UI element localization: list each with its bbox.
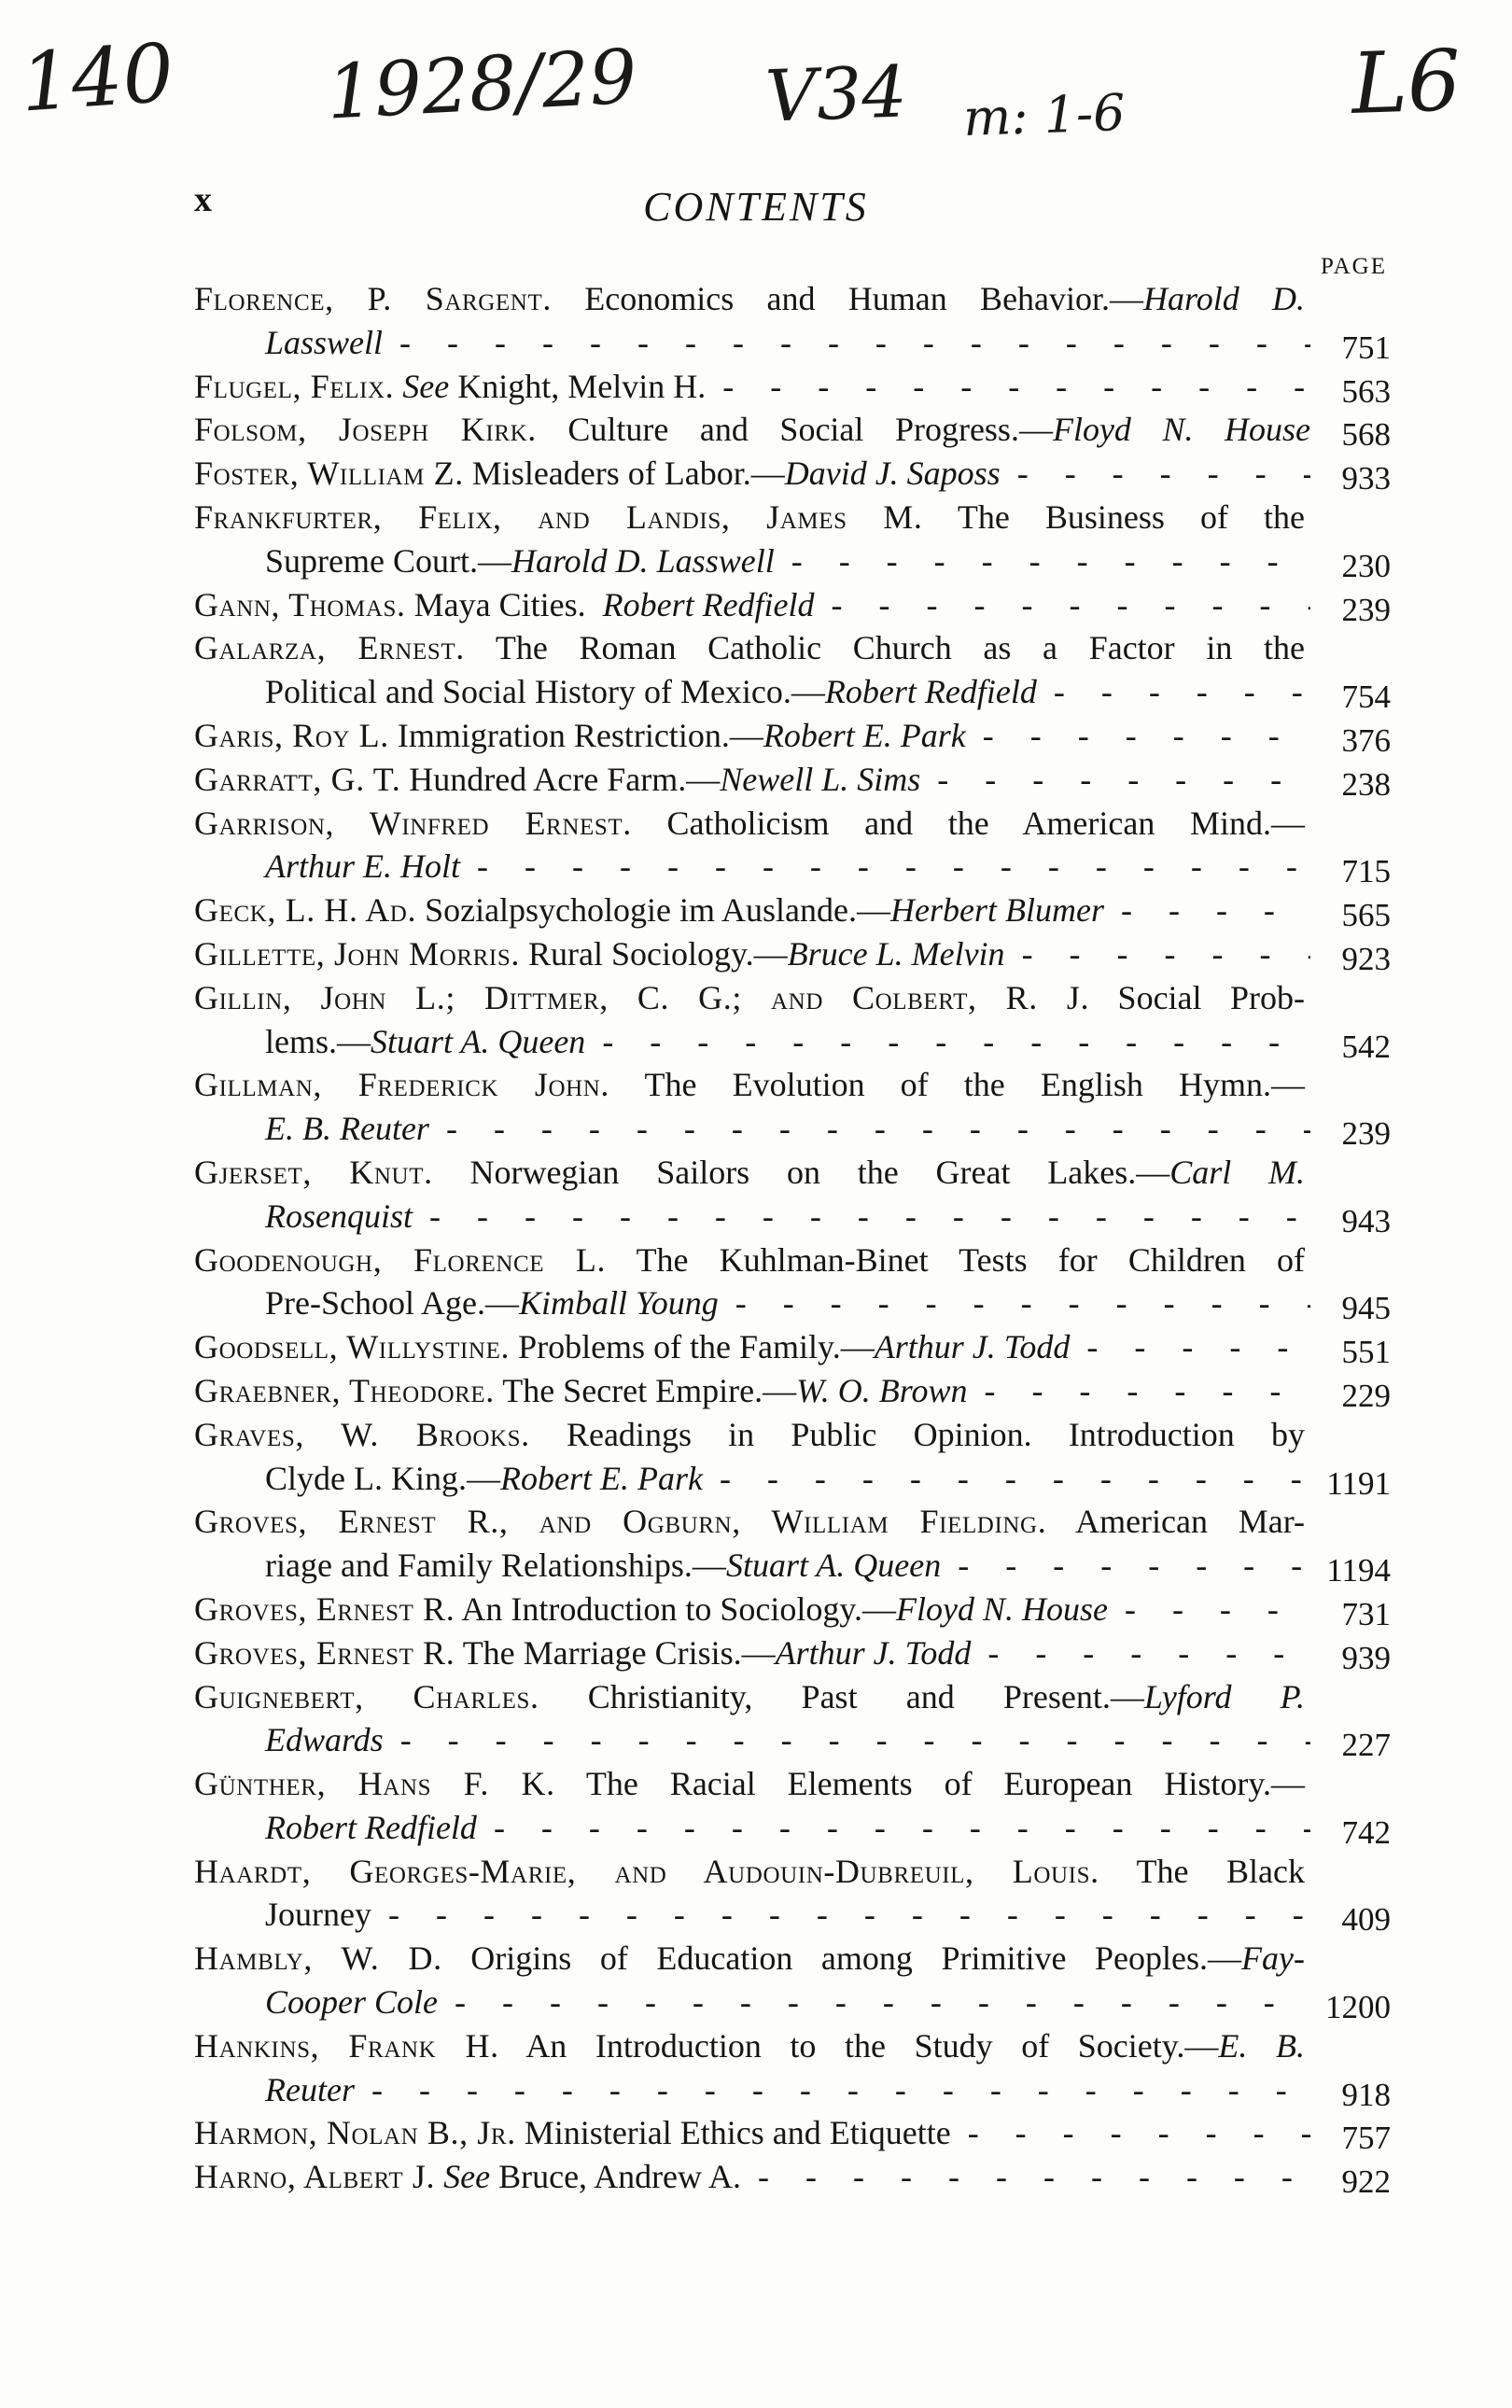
entry-line: lems.—Stuart A. Queen- - - - - - - - - -… — [194, 1020, 1391, 1064]
entry-text: Hankins, Frank H. An Introduction to the… — [194, 2027, 1305, 2065]
author-name: Folsom, Joseph Kirk. — [194, 411, 537, 448]
dash-leader: - - - - - - - - - - - - - - - - - - - - … — [477, 1806, 1310, 1850]
entry-line: Groves, Ernest R. The Marriage Crisis.—A… — [194, 1631, 1391, 1675]
entry-text: Groves, Ernest R. An Introduction to Soc… — [194, 1588, 1108, 1631]
page-number: 731 — [1310, 1593, 1391, 1631]
entry-line: Goodsell, Willystine. Problems of the Fa… — [194, 1325, 1391, 1369]
title-text: The Kuhlman-Binet Tests for Children of — [606, 1241, 1305, 1279]
title-text: Norwegian Sailors on the Great Lakes.— — [433, 1154, 1170, 1191]
italic-text: Kimball Young — [519, 1284, 719, 1322]
title-text: An Introduction to the Study of Society.… — [499, 2027, 1219, 2065]
author-name: Gjerset, Knut. — [194, 1154, 433, 1191]
italic-text: Floyd N. House — [896, 1590, 1108, 1628]
dash-leader: - - - - - - - - - - - - - - - - - - - - … — [438, 1981, 1310, 2024]
dash-leader: - - - - - - - - - - - - - - - - - - - - … — [1005, 932, 1310, 976]
italic-text: Bruce L. Melvin — [788, 935, 1005, 973]
dash-leader: - - - - - - - - - - - - - - - - - - - - … — [703, 1457, 1310, 1501]
title-text: Bruce, Andrew A. — [490, 2158, 741, 2195]
title-text: The Secret Empire.— — [495, 1372, 796, 1409]
entry-line: Cooper Cole- - - - - - - - - - - - - - -… — [194, 1981, 1391, 2024]
dash-leader: - - - - - - - - - - - - - - - - - - - - … — [941, 1544, 1310, 1588]
author-name: Groves, Ernest R. — [194, 1634, 455, 1672]
author-name: Haardt, Georges-Marie, and Audouin-Dubre… — [194, 1853, 1099, 1890]
page-number: 230 — [1310, 545, 1391, 583]
entry-text: Groves, Ernest R. The Marriage Crisis.—A… — [194, 1631, 971, 1675]
page-number: 229 — [1310, 1375, 1391, 1413]
title-text: Hundred Acre Farm.— — [400, 761, 720, 798]
title-text: Origins of Education among Primitive Peo… — [442, 1939, 1241, 1977]
dash-leader: - - - - - - - - - - - - - - - - - - - - … — [585, 1020, 1310, 1064]
entry-text: Lasswell — [265, 321, 383, 365]
entry-line: Hambly, W. D. Origins of Education among… — [194, 1937, 1391, 1981]
author-name: Guignebert, Charles. — [194, 1678, 539, 1715]
page-number: 751 — [1310, 327, 1391, 365]
entry-text: Harno, Albert J. See Bruce, Andrew A. — [194, 2155, 741, 2199]
page-number: 918 — [1310, 2074, 1391, 2112]
author-name: Florence, P. Sargent. — [194, 280, 552, 317]
author-name: Gann, Thomas. — [194, 586, 406, 623]
title-text: Supreme Court.— — [265, 542, 511, 580]
entry-line: Pre-School Age.—Kimball Young- - - - - -… — [194, 1281, 1391, 1325]
italic-text: Carl M. — [1169, 1154, 1305, 1191]
entry-text: Harmon, Nolan B., Jr. Ministerial Ethics… — [194, 2111, 951, 2155]
page-number: 939 — [1310, 1637, 1391, 1675]
entry-line: Reuter- - - - - - - - - - - - - - - - - … — [194, 2068, 1391, 2112]
entry-text: Clyde L. King.—Robert E. Park — [265, 1457, 703, 1501]
author-name: Galarza, Ernest. — [194, 629, 465, 666]
entry-text: Rosenquist — [265, 1195, 413, 1239]
dash-leader: - - - - - - - - - - - - - - - - - - - - … — [1104, 889, 1310, 932]
dash-leader: - - - - - - - - - - - - - - - - - - - - … — [1108, 1588, 1310, 1631]
entry-text: Gann, Thomas. Maya Cities. Robert Redfie… — [194, 583, 815, 627]
author-name: Harno, Albert J. — [194, 2158, 435, 2195]
italic-text: Lyford P. — [1144, 1678, 1305, 1715]
italic-text: Harold D. — [1143, 280, 1305, 317]
entry-text: Frankfurter, Felix, and Landis, James M.… — [194, 498, 1305, 536]
entry-line: Goodenough, Florence L. The Kuhlman-Bine… — [194, 1239, 1391, 1282]
entry-text: Guignebert, Charles. Christianity, Past … — [194, 1678, 1305, 1715]
author-name: Groves, Ernest R. — [194, 1590, 455, 1628]
italic-text: Robert Redfield — [265, 1809, 477, 1846]
entry-line: Guignebert, Charles. Christianity, Past … — [194, 1675, 1391, 1719]
page-number: 754 — [1310, 676, 1391, 714]
page-number: 922 — [1310, 2161, 1391, 2199]
title-text — [394, 368, 402, 405]
entry-text: Gillman, Frederick John. The Evolution o… — [194, 1066, 1305, 1103]
dash-leader: - - - - - - - - - - - - - - - - - - - - … — [413, 1195, 1310, 1239]
title-text: Readings in Public Opinion. Introduction… — [530, 1416, 1305, 1453]
italic-text: E. B. — [1218, 2027, 1305, 2065]
entry-line: Lasswell- - - - - - - - - - - - - - - - … — [194, 321, 1391, 365]
page-number: 227 — [1310, 1724, 1391, 1762]
dash-leader: - - - - - - - - - - - - - - - - - - - - … — [371, 1893, 1310, 1937]
author-name: Geck, L. H. Ad. — [194, 891, 416, 929]
page-number: 742 — [1310, 1812, 1391, 1850]
entry-text: Goodsell, Willystine. Problems of the Fa… — [194, 1325, 1070, 1369]
title-text: riage and Family Relationships.— — [265, 1547, 726, 1584]
author-name: Groves, Ernest R., and Ogburn, William F… — [194, 1503, 1046, 1540]
italic-text: Robert E. Park — [500, 1460, 703, 1497]
title-text: Ministerial Ethics and Etiquette — [516, 2114, 951, 2151]
entry-line: Graves, W. Brooks. Readings in Public Op… — [194, 1413, 1391, 1457]
author-name: Hankins, Frank H. — [194, 2027, 499, 2065]
title-text: The Marriage Crisis.— — [455, 1634, 775, 1672]
entry-line: Groves, Ernest R. An Introduction to Soc… — [194, 1588, 1391, 1631]
italic-text: E. B. Reuter — [265, 1110, 429, 1147]
entry-line: Graebner, Theodore. The Secret Empire.—W… — [194, 1369, 1391, 1413]
entry-text: Geck, L. H. Ad. Sozialpsychologie im Aus… — [194, 889, 1104, 932]
italic-text: Stuart A. Queen — [371, 1023, 585, 1060]
entry-line: Harno, Albert J. See Bruce, Andrew A.- -… — [194, 2155, 1391, 2199]
italic-text: Reuter — [265, 2071, 355, 2108]
italic-text: W. O. Brown — [796, 1372, 967, 1409]
title-text: Sozialpsychologie im Auslande.— — [416, 891, 890, 929]
title-text: lems.— — [265, 1023, 371, 1060]
dash-leader: - - - - - - - - - - - - - - - - - - - - … — [719, 1281, 1310, 1325]
dash-leader: - - - - - - - - - - - - - - - - - - - - … — [355, 2068, 1310, 2112]
italic-text: Cooper Cole — [265, 1983, 438, 2021]
entry-text: Edwards — [265, 1718, 384, 1762]
entry-line: Edwards- - - - - - - - - - - - - - - - -… — [194, 1718, 1391, 1762]
entry-text: Arthur E. Holt — [265, 845, 460, 889]
author-name: Gillman, Frederick John. — [194, 1066, 609, 1103]
italic-text: Robert E. Park — [763, 717, 966, 754]
entry-line: Foster, William Z. Misleaders of Labor.—… — [194, 452, 1391, 496]
page-number: 757 — [1310, 2117, 1391, 2155]
entry-text: Goodenough, Florence L. The Kuhlman-Bine… — [194, 1241, 1305, 1279]
entry-text: Foster, William Z. Misleaders of Labor.—… — [194, 452, 1001, 496]
italic-text: Harold D. Lasswell — [511, 542, 775, 580]
entry-text: Galarza, Ernest. The Roman Catholic Chur… — [194, 629, 1305, 666]
entry-text: Gillette, John Morris. Rural Sociology.—… — [194, 932, 1005, 976]
italic-text: Herbert Blumer — [890, 891, 1104, 929]
entry-text: Reuter — [265, 2068, 355, 2112]
title-text: Social Prob- — [1089, 979, 1305, 1016]
page-number: 239 — [1310, 589, 1391, 627]
author-name: Harmon, Nolan B., Jr. — [194, 2114, 516, 2151]
author-name: Garrison, Winfred Ernest. — [194, 805, 632, 842]
author-name: Frankfurter, Felix, and Landis, James M. — [194, 498, 922, 536]
entry-line: Galarza, Ernest. The Roman Catholic Chur… — [194, 626, 1391, 670]
italic-text: David J. Saposs — [785, 455, 1001, 492]
entry-line: Gillman, Frederick John. The Evolution o… — [194, 1063, 1391, 1107]
author-name: Flugel, Felix. — [194, 368, 394, 405]
dash-leader: - - - - - - - - - - - - - - - - - - - - … — [1070, 1325, 1310, 1369]
author-name: Hambly, W. D. — [194, 1939, 442, 1977]
entry-text: Florence, P. Sargent. Economics and Huma… — [194, 280, 1305, 317]
dash-leader: - - - - - - - - - - - - - - - - - - - - … — [966, 714, 1310, 758]
entry-text: lems.—Stuart A. Queen — [265, 1020, 585, 1064]
handwritten-year: 1928/29 — [325, 33, 639, 135]
italic-text: Robert Redfield — [825, 673, 1037, 710]
title-text: Knight, Melvin H. — [449, 368, 706, 405]
title-text: An Introduction to Sociology.— — [455, 1590, 896, 1628]
entry-line: Rosenquist- - - - - - - - - - - - - - - … — [194, 1195, 1391, 1239]
author-name: Günther, Hans F. K. — [194, 1765, 555, 1802]
entry-line: Robert Redfield- - - - - - - - - - - - -… — [194, 1806, 1391, 1850]
title-text: Maya Cities. — [406, 586, 603, 623]
entry-line: Garratt, G. T. Hundred Acre Farm.—Newell… — [194, 758, 1391, 802]
handwritten-call-number: 140 — [18, 26, 177, 130]
entry-text: Pre-School Age.—Kimball Young — [265, 1281, 719, 1325]
italic-text: Arthur E. Holt — [265, 847, 460, 885]
dash-leader: - - - - - - - - - - - - - - - - - - - - … — [815, 583, 1310, 627]
entry-line: Florence, P. Sargent. Economics and Huma… — [194, 277, 1391, 321]
italic-text: Floyd N. House — [1053, 411, 1310, 448]
italic-text: See — [402, 368, 449, 405]
entry-text: Garis, Roy L. Immigration Restriction.—R… — [194, 714, 966, 758]
dash-leader: - - - - - - - - - - - - - - - - - - - - … — [951, 2111, 1310, 2155]
entry-line: Gillette, John Morris. Rural Sociology.—… — [194, 932, 1391, 976]
entry-text: Gillin, John L.; Dittmer, C. G.; and Col… — [194, 979, 1305, 1016]
page-number: 1194 — [1310, 1549, 1391, 1588]
title-text: Catholicism and the American Mind.— — [632, 805, 1305, 842]
entry-text: Garratt, G. T. Hundred Acre Farm.—Newell… — [194, 758, 920, 802]
page-number: 1191 — [1310, 1463, 1391, 1501]
entry-text: Journey — [265, 1893, 371, 1937]
title-text: Culture and Social Progress.— — [537, 411, 1053, 448]
italic-text: Robert Redfield — [603, 586, 815, 623]
italic-text: See — [443, 2158, 490, 2195]
author-name: Goodsell, Willystine. — [194, 1328, 510, 1365]
title-text: Immigration Restriction.— — [389, 717, 763, 754]
dash-leader: - - - - - - - - - - - - - - - - - - - - … — [741, 2155, 1310, 2199]
page-number: 551 — [1310, 1331, 1391, 1369]
scanned-page: 140 1928/29 V34 m: 1-6 L6 x CONTENTS PAG… — [0, 0, 1512, 2408]
entry-text: Gjerset, Knut. Norwegian Sailors on the … — [194, 1154, 1305, 1191]
entry-line: E. B. Reuter- - - - - - - - - - - - - - … — [194, 1107, 1391, 1151]
dash-leader: - - - - - - - - - - - - - - - - - - - - … — [383, 321, 1310, 365]
title-text: Christianity, Past and Present.— — [539, 1678, 1144, 1715]
dash-leader: - - - - - - - - - - - - - - - - - - - - … — [384, 1718, 1310, 1762]
handwritten-shelf-mark: L6 — [1350, 32, 1463, 133]
entry-line: Groves, Ernest R., and Ogburn, William F… — [194, 1500, 1391, 1544]
page-number: 715 — [1310, 850, 1391, 889]
italic-text: Stuart A. Queen — [726, 1547, 941, 1584]
page-number: 565 — [1310, 894, 1391, 932]
title-text: Misleaders of Labor.— — [464, 455, 785, 492]
title-text: Problems of the Family.— — [510, 1328, 875, 1365]
title-text: Journey — [265, 1896, 371, 1933]
italic-text: Newell L. Sims — [720, 761, 920, 798]
entry-line: Gann, Thomas. Maya Cities. Robert Redfie… — [194, 583, 1391, 627]
entry-line: Harmon, Nolan B., Jr. Ministerial Ethics… — [194, 2111, 1391, 2155]
page-number: 563 — [1310, 371, 1391, 409]
author-name: Graves, W. Brooks. — [194, 1416, 530, 1453]
dash-leader: - - - - - - - - - - - - - - - - - - - - … — [967, 1369, 1310, 1413]
entry-line: Folsom, Joseph Kirk. Culture and Social … — [194, 408, 1391, 452]
page-column-header: PAGE — [1321, 254, 1387, 280]
title-text: Economics and Human Behavior.— — [552, 280, 1143, 317]
page-number: 933 — [1310, 457, 1391, 496]
entry-line: Clyde L. King.—Robert E. Park- - - - - -… — [194, 1457, 1391, 1501]
entry-text: Graves, W. Brooks. Readings in Public Op… — [194, 1416, 1305, 1453]
entry-text: Flugel, Felix. See Knight, Melvin H. — [194, 365, 706, 409]
title-text: The Racial Elements of European History.… — [555, 1765, 1305, 1802]
entry-line: Political and Social History of Mexico.—… — [194, 670, 1391, 714]
contents-list: Florence, P. Sargent. Economics and Huma… — [194, 277, 1391, 2199]
entry-text: Groves, Ernest R., and Ogburn, William F… — [194, 1503, 1305, 1540]
title-text: American Mar- — [1046, 1503, 1305, 1540]
author-name: Gillin, John L.; Dittmer, C. G.; and Col… — [194, 979, 1089, 1016]
dash-leader: - - - - - - - - - - - - - - - - - - - - … — [920, 758, 1310, 802]
page-title: CONTENTS — [0, 183, 1512, 231]
title-text: The Business of the — [922, 498, 1305, 536]
handwritten-issue-range: m: 1-6 — [962, 83, 1127, 147]
title-text: The Evolution of the English Hymn.— — [609, 1066, 1305, 1103]
entry-line: Hankins, Frank H. An Introduction to the… — [194, 2024, 1391, 2068]
entry-text: Graebner, Theodore. The Secret Empire.—W… — [194, 1369, 967, 1413]
dash-leader: - - - - - - - - - - - - - - - - - - - - … — [775, 539, 1310, 583]
entry-text: riage and Family Relationships.—Stuart A… — [265, 1544, 941, 1588]
entry-text: Günther, Hans F. K. The Racial Elements … — [194, 1765, 1305, 1802]
entry-line: Garrison, Winfred Ernest. Catholicism an… — [194, 802, 1391, 846]
title-text: The Roman Catholic Church as a Factor in… — [465, 629, 1305, 666]
entry-text: Garrison, Winfred Ernest. Catholicism an… — [194, 805, 1305, 842]
italic-text: Fay- — [1241, 1939, 1305, 1977]
page-number: 238 — [1310, 763, 1391, 802]
dash-leader: - - - - - - - - - - - - - - - - - - - - … — [1001, 452, 1310, 496]
dash-leader: - - - - - - - - - - - - - - - - - - - - … — [971, 1631, 1310, 1675]
entry-line: Flugel, Felix. See Knight, Melvin H.- - … — [194, 365, 1391, 409]
title-text: Pre-School Age.— — [265, 1284, 519, 1322]
entry-line: Supreme Court.—Harold D. Lasswell- - - -… — [194, 539, 1391, 583]
entry-text: Folsom, Joseph Kirk. Culture and Social … — [194, 408, 1310, 452]
page-number: 376 — [1310, 720, 1391, 758]
entry-line: Günther, Hans F. K. The Racial Elements … — [194, 1762, 1391, 1806]
dash-leader: - - - - - - - - - - - - - - - - - - - - … — [1037, 670, 1310, 714]
italic-text: Arthur J. Todd — [875, 1328, 1071, 1365]
italic-text: Rosenquist — [265, 1197, 413, 1235]
page-number: 1200 — [1310, 1986, 1391, 2024]
entry-line: Garis, Roy L. Immigration Restriction.—R… — [194, 714, 1391, 758]
author-name: Gillette, John Morris. — [194, 935, 520, 973]
dash-leader: - - - - - - - - - - - - - - - - - - - - … — [706, 365, 1310, 409]
entry-text: Haardt, Georges-Marie, and Audouin-Dubre… — [194, 1853, 1305, 1890]
entry-text: Political and Social History of Mexico.—… — [265, 670, 1037, 714]
page-number: 239 — [1310, 1113, 1391, 1151]
entry-line: Arthur E. Holt- - - - - - - - - - - - - … — [194, 845, 1391, 889]
entry-line: Gillin, John L.; Dittmer, C. G.; and Col… — [194, 976, 1391, 1020]
entry-line: Geck, L. H. Ad. Sozialpsychologie im Aus… — [194, 889, 1391, 932]
author-name: Garis, Roy L. — [194, 717, 389, 754]
author-name: Foster, William Z. — [194, 455, 464, 492]
italic-text: Arthur J. Todd — [776, 1634, 972, 1672]
page-number: 542 — [1310, 1026, 1391, 1064]
page-number: 568 — [1310, 413, 1391, 452]
entry-line: Haardt, Georges-Marie, and Audouin-Dubre… — [194, 1850, 1391, 1894]
dash-leader: - - - - - - - - - - - - - - - - - - - - … — [429, 1107, 1310, 1151]
dash-leader: - - - - - - - - - - - - - - - - - - - - … — [460, 845, 1310, 889]
italic-text: Lasswell — [265, 324, 383, 361]
title-text: Rural Sociology.— — [520, 935, 788, 973]
entry-line: riage and Family Relationships.—Stuart A… — [194, 1544, 1391, 1588]
page-number: 943 — [1310, 1200, 1391, 1239]
entry-line: Frankfurter, Felix, and Landis, James M.… — [194, 496, 1391, 539]
entry-line: Journey- - - - - - - - - - - - - - - - -… — [194, 1893, 1391, 1937]
page-number: 923 — [1310, 938, 1391, 976]
italic-text: Edwards — [265, 1721, 384, 1758]
title-text — [435, 2158, 443, 2195]
title-text: Clyde L. King.— — [265, 1460, 500, 1497]
author-name: Garratt, G. T. — [194, 761, 400, 798]
entry-text: Robert Redfield — [265, 1806, 477, 1850]
author-name: Graebner, Theodore. — [194, 1372, 495, 1409]
author-name: Goodenough, Florence L. — [194, 1241, 606, 1279]
entry-text: Supreme Court.—Harold D. Lasswell — [265, 539, 775, 583]
title-text: Political and Social History of Mexico.— — [265, 673, 825, 710]
page-number: 409 — [1310, 1898, 1391, 1937]
entry-text: E. B. Reuter — [265, 1107, 429, 1151]
entry-text: Hambly, W. D. Origins of Education among… — [194, 1939, 1305, 1977]
entry-line: Gjerset, Knut. Norwegian Sailors on the … — [194, 1151, 1391, 1195]
entry-text: Cooper Cole — [265, 1981, 438, 2024]
handwritten-volume: V34 — [763, 49, 908, 137]
page-number: 945 — [1310, 1287, 1391, 1325]
title-text: The Black — [1099, 1853, 1305, 1890]
